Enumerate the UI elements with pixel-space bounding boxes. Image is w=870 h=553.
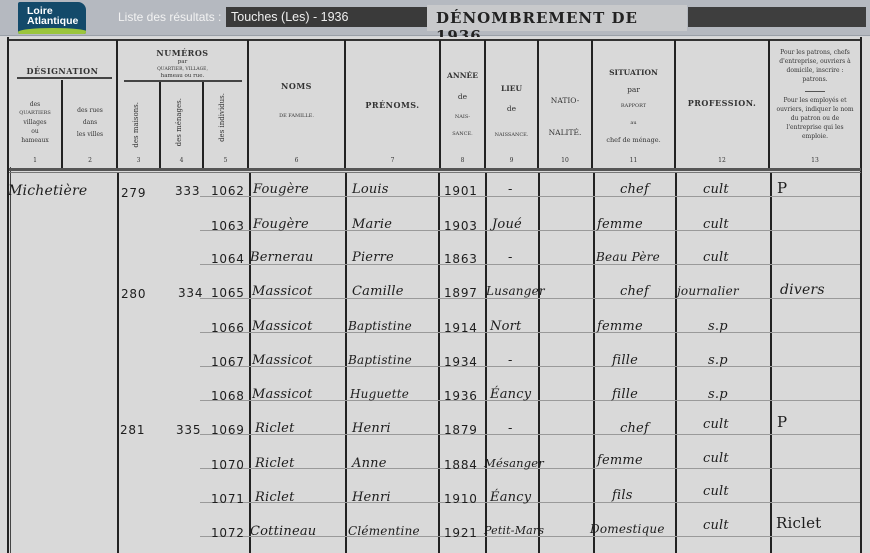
column-number: 5 — [204, 157, 247, 164]
divider — [17, 77, 112, 79]
lieu-text: LIEU de NAISSANCE. — [486, 75, 537, 149]
maison-cell: 280 — [121, 287, 146, 301]
individu-cell: 1066 — [211, 321, 245, 335]
annee-cell: 1901 — [444, 184, 478, 198]
patron-cell: divers — [780, 282, 825, 298]
col3-label: des maisons. — [132, 102, 140, 148]
individu-cell: 1068 — [211, 389, 245, 403]
lieu-cell: Éancy — [490, 490, 531, 505]
situation-cell: femme — [597, 453, 643, 468]
prenom-cell: Baptistine — [348, 319, 412, 333]
individu-cell: 1072 — [211, 526, 245, 540]
prenom-cell: Baptistine — [348, 353, 412, 367]
row-rule — [200, 434, 860, 435]
logo-line-2: Atlantique — [27, 16, 78, 26]
nom-cell: Fougère — [253, 182, 309, 197]
situation-cell: chef — [620, 182, 649, 197]
profession-cell: cult — [703, 518, 729, 533]
lieu-cell: - — [508, 353, 513, 368]
annee-cell: 1921 — [444, 526, 478, 540]
lieu-cell: Mésanger — [484, 456, 544, 470]
menage-cell: 335 — [176, 423, 201, 437]
lieu-cell: Petit-Mars — [484, 524, 544, 537]
situation-cell: chef — [620, 284, 649, 299]
prenom-cell: Camille — [352, 284, 404, 299]
divider — [805, 91, 825, 92]
nom-cell: Massicot — [252, 387, 313, 402]
profession-cell: s.p — [708, 387, 728, 402]
patron-instruction-1: Pour les patrons, chefs d'entreprise, ou… — [774, 48, 856, 84]
prenom-cell: Anne — [352, 456, 387, 471]
menage-cell: 333 — [175, 184, 200, 198]
nom-cell: Riclet — [255, 456, 295, 471]
profession-cell: cult — [703, 250, 729, 265]
column-number: 2 — [63, 157, 117, 164]
text-line: QUARTIERS — [9, 109, 61, 118]
maison-cell: 281 — [120, 423, 145, 437]
profession-title: PROFESSION. — [676, 98, 768, 109]
header-annee: ANNÉE de NAIS- SANCE. 8 — [441, 40, 486, 170]
results-selection-field[interactable]: Touches (Les) - 1936 — [226, 7, 427, 27]
annee-cell: 1914 — [444, 321, 478, 335]
header-numeros: NUMÉROS par QUARTIER, VILLAGE, hameau ou… — [118, 40, 249, 170]
prenom-cell: Clémentine — [348, 524, 420, 538]
header-nationalite: NATIO- NALITÉ. 10 — [539, 40, 593, 170]
text-line: des rues — [63, 105, 117, 117]
individu-cell: 1067 — [211, 355, 245, 369]
prenom-cell: Pierre — [352, 250, 394, 265]
annee-cell: 1879 — [444, 423, 478, 437]
annee-cell: 1884 — [444, 458, 478, 472]
numeros-title: NUMÉROS — [118, 48, 247, 59]
prenom-cell: Louis — [352, 182, 389, 197]
prenom-cell: Henri — [352, 490, 391, 505]
column-number: 1 — [9, 157, 61, 164]
patron-cell: P — [777, 413, 787, 431]
header-situation: SITUATION par RAPPORT au chef de ménage.… — [593, 40, 676, 170]
situation-cell: Domestique — [590, 522, 665, 536]
text-line: de — [441, 86, 484, 107]
lieu-cell: - — [508, 250, 513, 265]
divider — [10, 167, 11, 553]
lieu-cell: Joué — [492, 217, 522, 232]
divider — [124, 80, 242, 82]
column-number: 4 — [161, 157, 202, 164]
nom-cell: Riclet — [255, 490, 295, 505]
numeros-subtitle: par QUARTIER, VILLAGE, hameau ou rue. — [118, 59, 247, 80]
situation-cell: fils — [612, 488, 633, 503]
logo-swoosh-icon — [18, 28, 86, 34]
profession-cell: cult — [703, 417, 729, 432]
text-line: SITUATION — [593, 64, 674, 81]
text-line: de — [486, 95, 537, 123]
text-line: des — [9, 100, 61, 109]
designation-col1-text: des QUARTIERS villages ou hameaux — [9, 100, 61, 145]
column-number: 13 — [770, 157, 860, 164]
text-line: par — [118, 59, 247, 66]
annee-cell: 1936 — [444, 389, 478, 403]
noms-subtitle: DE FAMILLE. — [249, 112, 344, 121]
quartier-cell: Michetière — [8, 183, 87, 199]
text-line: NATIO- — [539, 85, 591, 117]
column-number: 12 — [676, 157, 768, 164]
document-title: DÉNOMBREMENT DE 1936. — [427, 5, 687, 31]
profession-cell: cult — [703, 182, 729, 197]
profession-cell: s.p — [708, 319, 728, 334]
nom-cell: Cottineau — [250, 524, 316, 539]
text-line: chef de ménage. — [593, 132, 674, 149]
text-line: NALITÉ. — [539, 117, 591, 149]
top-bar: Loire Atlantique Liste des résultats : T… — [0, 0, 870, 36]
designation-col2-text: des rues dans les villes — [63, 105, 117, 141]
annee-cell: 1934 — [444, 355, 478, 369]
situation-text: SITUATION par RAPPORT au chef de ménage. — [593, 64, 674, 149]
column-number: 9 — [486, 157, 537, 164]
header-patron: Pour les patrons, chefs d'entreprise, ou… — [770, 40, 860, 170]
nom-cell: Fougère — [253, 217, 309, 232]
text-line: par — [593, 81, 674, 98]
profession-cell: cult — [703, 451, 729, 466]
annee-cell: 1910 — [444, 492, 478, 506]
census-register-image[interactable]: DÉSIGNATION des QUARTIERS villages ou ha… — [0, 37, 870, 553]
situation-cell: Beau Père — [596, 250, 660, 264]
annee-text: ANNÉE de NAIS- SANCE. — [441, 65, 484, 145]
individu-cell: 1063 — [211, 219, 245, 233]
situation-cell: fille — [612, 353, 638, 368]
individu-cell: 1070 — [211, 458, 245, 472]
column-number: 3 — [118, 157, 159, 164]
nom-cell: Massicot — [252, 319, 313, 334]
profession-cell: cult — [703, 217, 729, 232]
text-line: au — [593, 115, 674, 132]
prenom-cell: Huguette — [350, 387, 409, 401]
profession-cell: s.p — [708, 353, 728, 368]
prenom-cell: Marie — [352, 217, 392, 232]
divider — [117, 173, 119, 553]
title-bar-fill — [688, 7, 866, 27]
situation-cell: femme — [597, 217, 643, 232]
annee-cell: 1903 — [444, 219, 478, 233]
menage-cell: 334 — [178, 286, 203, 300]
text-line: ou — [9, 127, 61, 136]
situation-cell: fille — [612, 387, 638, 402]
situation-cell: femme — [597, 319, 643, 334]
nom-cell: Bernerau — [250, 250, 313, 265]
situation-cell: chef — [620, 421, 649, 436]
col5-label: des individus. — [218, 93, 226, 142]
header-lieu: LIEU de NAISSANCE. 9 — [486, 40, 539, 170]
patron-instruction-2: Pour les employés et ouvriers, indiquer … — [774, 96, 856, 141]
lieu-cell: - — [508, 421, 513, 436]
lieu-cell: Éancy — [490, 387, 531, 402]
individu-cell: 1069 — [211, 423, 245, 437]
text-line: QUARTIER, VILLAGE, — [118, 66, 247, 73]
text-line: SANCE. — [441, 124, 484, 145]
divider — [9, 168, 861, 171]
text-line: dans — [63, 117, 117, 129]
text-line: ANNÉE — [441, 65, 484, 86]
lieu-cell: - — [508, 182, 513, 197]
nom-cell: Massicot — [252, 284, 313, 299]
nationalite-text: NATIO- NALITÉ. — [539, 85, 591, 149]
individu-cell: 1064 — [211, 252, 245, 266]
text-line: villages — [9, 118, 61, 127]
nom-cell: Massicot — [252, 353, 313, 368]
profession-cell: cult — [703, 484, 729, 499]
lieu-cell: Nort — [490, 319, 521, 334]
column-number: 7 — [346, 157, 439, 164]
text-line: les villes — [63, 129, 117, 141]
column-number: 10 — [539, 157, 591, 164]
column-number: 8 — [441, 157, 484, 164]
header-prenoms: PRÉNOMS. 7 — [346, 40, 441, 170]
patron-cell: P — [777, 179, 787, 197]
profession-cell: journalier — [677, 284, 739, 298]
column-number: 11 — [593, 157, 674, 164]
text-line: hameaux — [9, 136, 61, 145]
prenoms-title: PRÉNOMS. — [346, 100, 439, 111]
annee-cell: 1897 — [444, 286, 478, 300]
column-number: 6 — [249, 157, 344, 164]
col4-label: des ménages. — [175, 98, 183, 146]
divider — [860, 37, 862, 553]
text-line: hameau ou rue. — [118, 73, 247, 80]
noms-title: NOMS — [249, 81, 344, 92]
text-line: NAISSANCE. — [486, 121, 537, 149]
nom-cell: Riclet — [255, 421, 295, 436]
designation-title: DÉSIGNATION — [9, 66, 116, 77]
text-line: RAPPORT — [593, 98, 674, 115]
individu-cell: 1071 — [211, 492, 245, 506]
annee-cell: 1863 — [444, 252, 478, 266]
header-designation: DÉSIGNATION des QUARTIERS villages ou ha… — [9, 40, 118, 170]
prenom-cell: Henri — [352, 421, 391, 436]
patron-cell: Riclet — [776, 514, 821, 532]
individu-cell: 1062 — [211, 184, 245, 198]
results-list-label: Liste des résultats : — [118, 10, 221, 24]
divider — [9, 172, 861, 173]
maison-cell: 279 — [121, 186, 146, 200]
loire-atlantique-logo[interactable]: Loire Atlantique — [18, 2, 86, 34]
header-profession: PROFESSION. 12 — [676, 40, 770, 170]
header-noms: NOMS DE FAMILLE. 6 — [249, 40, 346, 170]
individu-cell: 1065 — [211, 286, 245, 300]
lieu-cell: Lusanger — [486, 284, 545, 298]
